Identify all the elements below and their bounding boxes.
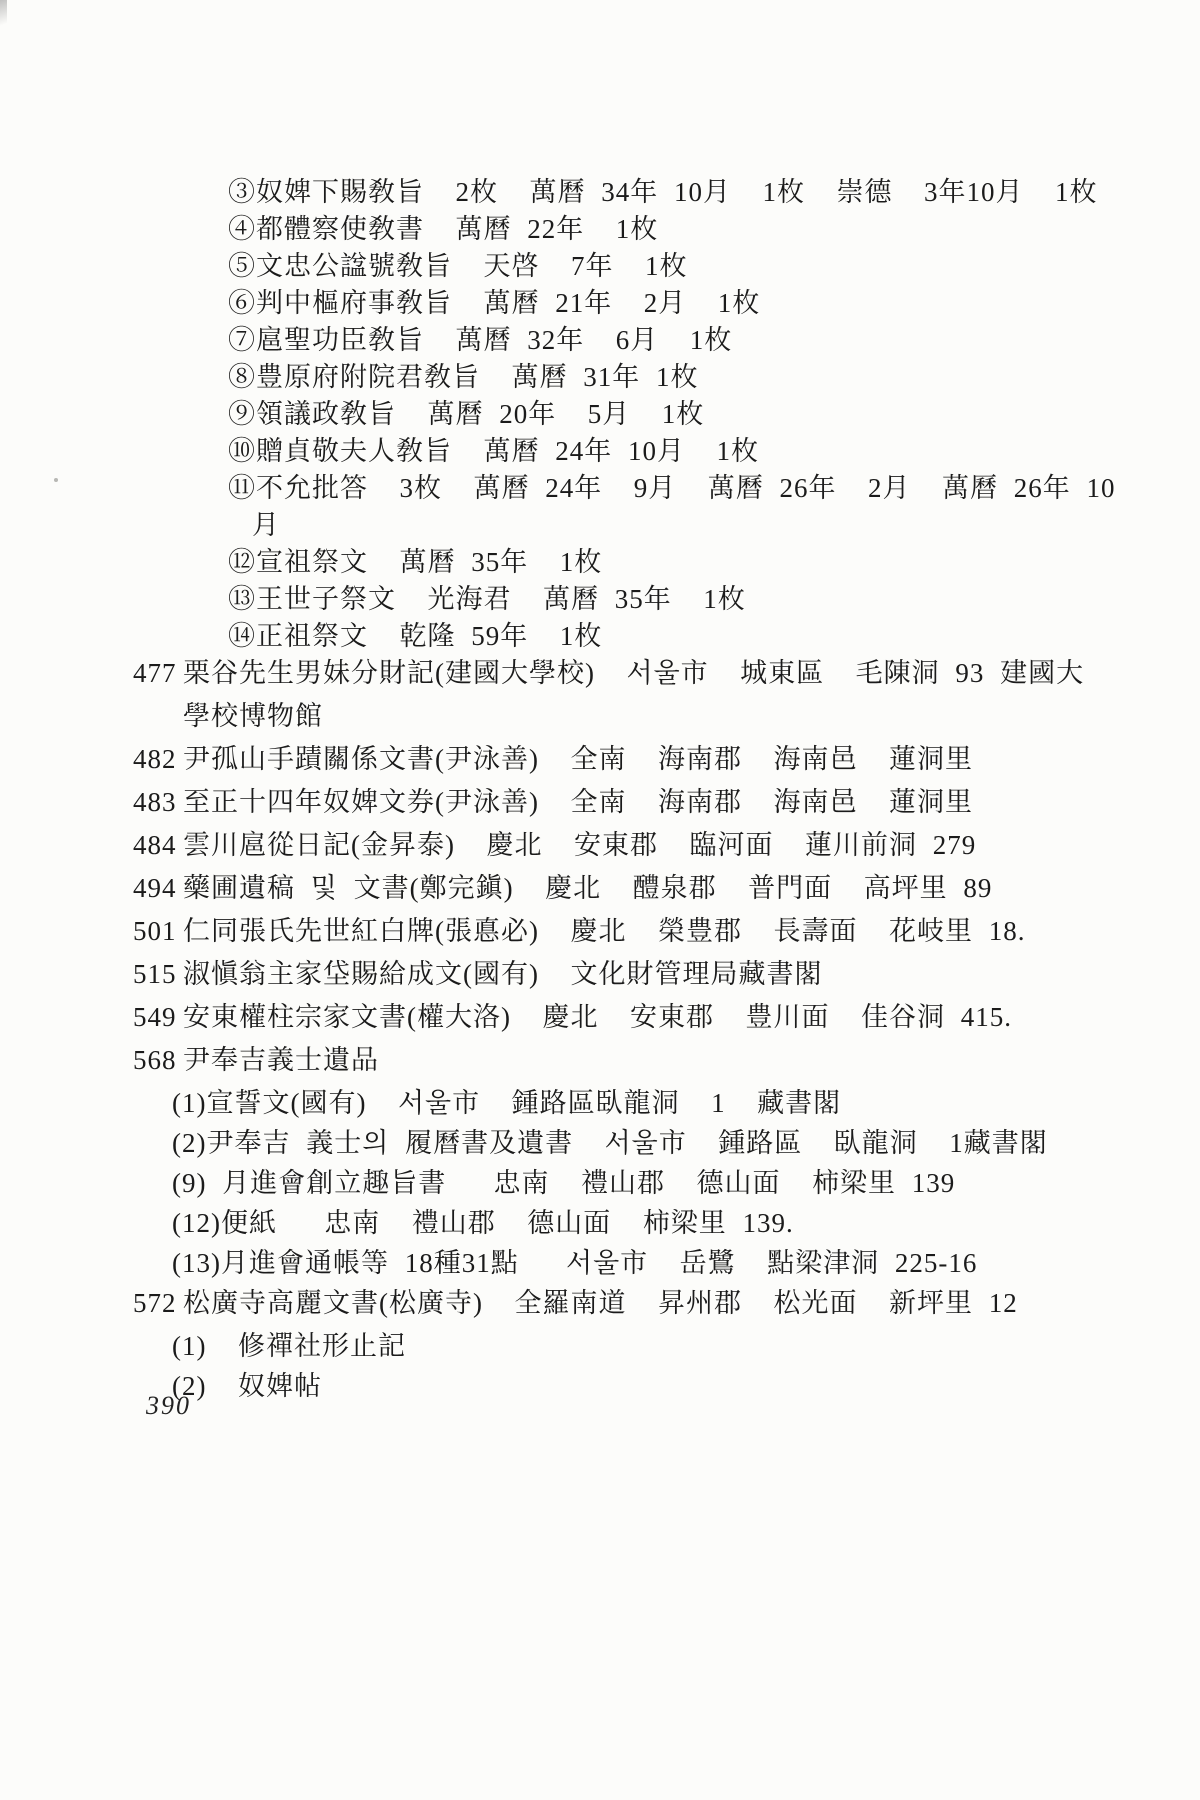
- entry-line: 477栗谷先生男妹分財記(建國大學校) 서울市 城東區 毛陳洞 93 建國大: [0, 659, 1140, 687]
- entry-text: ⑨領議政敎旨 萬曆 20年 5月 1枚: [228, 400, 704, 428]
- entry-subline: ③奴婢下賜敎旨 2枚 萬曆 34年 10月 1枚 崇德 3年10月 1枚: [0, 178, 1140, 206]
- entry-text: 仁同張氏先世紅白牌(張悳必) 慶北 榮豊郡 長壽面 花岐里 18.: [183, 917, 1025, 945]
- entry-text: (9) 月進會創立趣旨書 忠南 禮山郡 德山面 柿梁里 139: [172, 1169, 955, 1197]
- entry-number: 483: [133, 788, 183, 816]
- entry-text: ⑤文忠公諡號敎旨 天啓 7年 1枚: [228, 252, 688, 280]
- entry-subline: ⑦扈聖功臣敎旨 萬曆 32年 6月 1枚: [0, 326, 1140, 354]
- entry-line: 549安東權柱宗家文書(權大洛) 慶北 安東郡 豊川面 佳谷洞 415.: [0, 1003, 1140, 1031]
- entry-subline: (1)宣誓文(國有) 서울市 鍾路區臥龍洞 1 藏書閣: [0, 1089, 1140, 1117]
- entry-subline: (13)月進會通帳等 18種31點 서울市 岳鷺 點梁津洞 225-16: [0, 1249, 1140, 1277]
- entry-text: 安東權柱宗家文書(權大洛) 慶北 安東郡 豊川面 佳谷洞 415.: [183, 1003, 1012, 1031]
- entry-number: 482: [133, 745, 183, 773]
- entry-line: 494藥圃遺稿 및 文書(鄭完鎭) 慶北 醴泉郡 普門面 高坪里 89: [0, 874, 1140, 902]
- entry-subline: ⑫宣祖祭文 萬曆 35年 1枚: [0, 548, 1140, 576]
- entry-text: ⑫宣祖祭文 萬曆 35年 1枚: [228, 548, 602, 576]
- entry-text: (12)便紙 忠南 禮山郡 德山面 柿梁里 139.: [172, 1209, 794, 1237]
- entry-text: 尹奉吉義士遺品: [183, 1046, 379, 1074]
- entry-text: 淑愼翁主家垈賜給成文(國有) 文化財管理局藏書閣: [183, 960, 822, 988]
- entry-number: 572: [133, 1289, 183, 1317]
- entry-subline: (1) 修禪社形止記: [0, 1332, 1140, 1360]
- entry-text: (2) 奴婢帖: [172, 1372, 322, 1400]
- entry-text: ⑪不允批答 3枚 萬曆 24年 9月 萬曆 26年 2月 萬曆 26年 10: [228, 474, 1116, 502]
- entry-text: (1)宣誓文(國有) 서울市 鍾路區臥龍洞 1 藏書閣: [172, 1089, 841, 1117]
- document-page: ③奴婢下賜敎旨 2枚 萬曆 34年 10月 1枚 崇德 3年10月 1枚④都體察…: [0, 0, 1200, 1800]
- entry-number: 494: [133, 874, 183, 902]
- entry-text: ③奴婢下賜敎旨 2枚 萬曆 34年 10月 1枚 崇德 3年10月 1枚: [228, 178, 1098, 206]
- entry-text: (2)尹奉吉 義士의 履曆書及遺書 서울市 鍾路區 臥龍洞 1藏書閣: [172, 1129, 1048, 1157]
- page-number: 390: [146, 1391, 191, 1421]
- entry-text: 學校博物館: [183, 702, 323, 730]
- entry-subline: 學校博物館: [0, 702, 1140, 730]
- entry-subline: ⑧豊原府附院君敎旨 萬曆 31年 1枚: [0, 363, 1140, 391]
- entry-text: 栗谷先生男妹分財記(建國大學校) 서울市 城東區 毛陳洞 93 建國大: [183, 659, 1084, 687]
- entry-line: 515淑愼翁主家垈賜給成文(國有) 文化財管理局藏書閣: [0, 960, 1140, 988]
- entry-line: 484雲川扈從日記(金昇泰) 慶北 安東郡 臨河面 蓮川前洞 279: [0, 831, 1140, 859]
- entry-line: 483至正十四年奴婢文券(尹泳善) 全南 海南郡 海南邑 蓮洞里: [0, 788, 1140, 816]
- entry-subline: (2)尹奉吉 義士의 履曆書及遺書 서울市 鍾路區 臥龍洞 1藏書閣: [0, 1129, 1140, 1157]
- entry-text: ⑦扈聖功臣敎旨 萬曆 32年 6月 1枚: [228, 326, 732, 354]
- entry-list: ③奴婢下賜敎旨 2枚 萬曆 34年 10月 1枚 崇德 3年10月 1枚④都體察…: [0, 178, 1140, 1412]
- entry-subline: ⑪不允批答 3枚 萬曆 24年 9月 萬曆 26年 2月 萬曆 26年 10: [0, 474, 1140, 502]
- entry-subline: ⑩贈貞敬夫人敎旨 萬曆 24年 10月 1枚: [0, 437, 1140, 465]
- entry-text: 松廣寺高麗文書(松廣寺) 全羅南道 昇州郡 松光面 新坪里 12: [183, 1289, 1018, 1317]
- entry-subline: ⑤文忠公諡號敎旨 天啓 7年 1枚: [0, 252, 1140, 280]
- entry-text: ⑧豊原府附院君敎旨 萬曆 31年 1枚: [228, 363, 699, 391]
- entry-line: 572松廣寺高麗文書(松廣寺) 全羅南道 昇州郡 松光面 新坪里 12: [0, 1289, 1140, 1317]
- entry-subline: ⑬王世子祭文 光海君 萬曆 35年 1枚: [0, 585, 1140, 613]
- entry-subline: ④都體察使敎書 萬曆 22年 1枚: [0, 215, 1140, 243]
- entry-text: ⑩贈貞敬夫人敎旨 萬曆 24年 10月 1枚: [228, 437, 759, 465]
- entry-subline: (9) 月進會創立趣旨書 忠南 禮山郡 德山面 柿梁里 139: [0, 1169, 1140, 1197]
- entry-text: 藥圃遺稿 및 文書(鄭完鎭) 慶北 醴泉郡 普門面 高坪里 89: [183, 874, 992, 902]
- entry-number: 549: [133, 1003, 183, 1031]
- entry-number: 501: [133, 917, 183, 945]
- entry-text: 月: [252, 511, 280, 539]
- entry-text: ⑬王世子祭文 光海君 萬曆 35年 1枚: [228, 585, 746, 613]
- entry-subline: ⑥判中樞府事敎旨 萬曆 21年 2月 1枚: [0, 289, 1140, 317]
- entry-text: ⑭正祖祭文 乾隆 59年 1枚: [228, 622, 602, 650]
- entry-text: 尹孤山手蹟關係文書(尹泳善) 全南 海南郡 海南邑 蓮洞里: [183, 745, 973, 773]
- entry-subline: (12)便紙 忠南 禮山郡 德山面 柿梁里 139.: [0, 1209, 1140, 1237]
- entry-text: (1) 修禪社形止記: [172, 1332, 406, 1360]
- entry-line: 568尹奉吉義士遺品: [0, 1046, 1140, 1074]
- entry-subline: 月: [0, 511, 1140, 539]
- entry-text: ⑥判中樞府事敎旨 萬曆 21年 2月 1枚: [228, 289, 760, 317]
- entry-number: 568: [133, 1046, 183, 1074]
- entry-line: 501仁同張氏先世紅白牌(張悳必) 慶北 榮豊郡 長壽面 花岐里 18.: [0, 917, 1140, 945]
- entry-text: 雲川扈從日記(金昇泰) 慶北 安東郡 臨河面 蓮川前洞 279: [183, 831, 976, 859]
- scan-artifact: [0, 0, 7, 30]
- entry-text: 至正十四年奴婢文券(尹泳善) 全南 海南郡 海南邑 蓮洞里: [183, 788, 973, 816]
- entry-subline: ⑭正祖祭文 乾隆 59年 1枚: [0, 622, 1140, 650]
- entry-number: 515: [133, 960, 183, 988]
- entry-subline: ⑨領議政敎旨 萬曆 20年 5月 1枚: [0, 400, 1140, 428]
- entry-number: 477: [133, 659, 183, 687]
- entry-line: 482尹孤山手蹟關係文書(尹泳善) 全南 海南郡 海南邑 蓮洞里: [0, 745, 1140, 773]
- entry-number: 484: [133, 831, 183, 859]
- entry-text: ④都體察使敎書 萬曆 22年 1枚: [228, 215, 658, 243]
- entry-text: (13)月進會通帳等 18種31點 서울市 岳鷺 點梁津洞 225-16: [172, 1249, 977, 1277]
